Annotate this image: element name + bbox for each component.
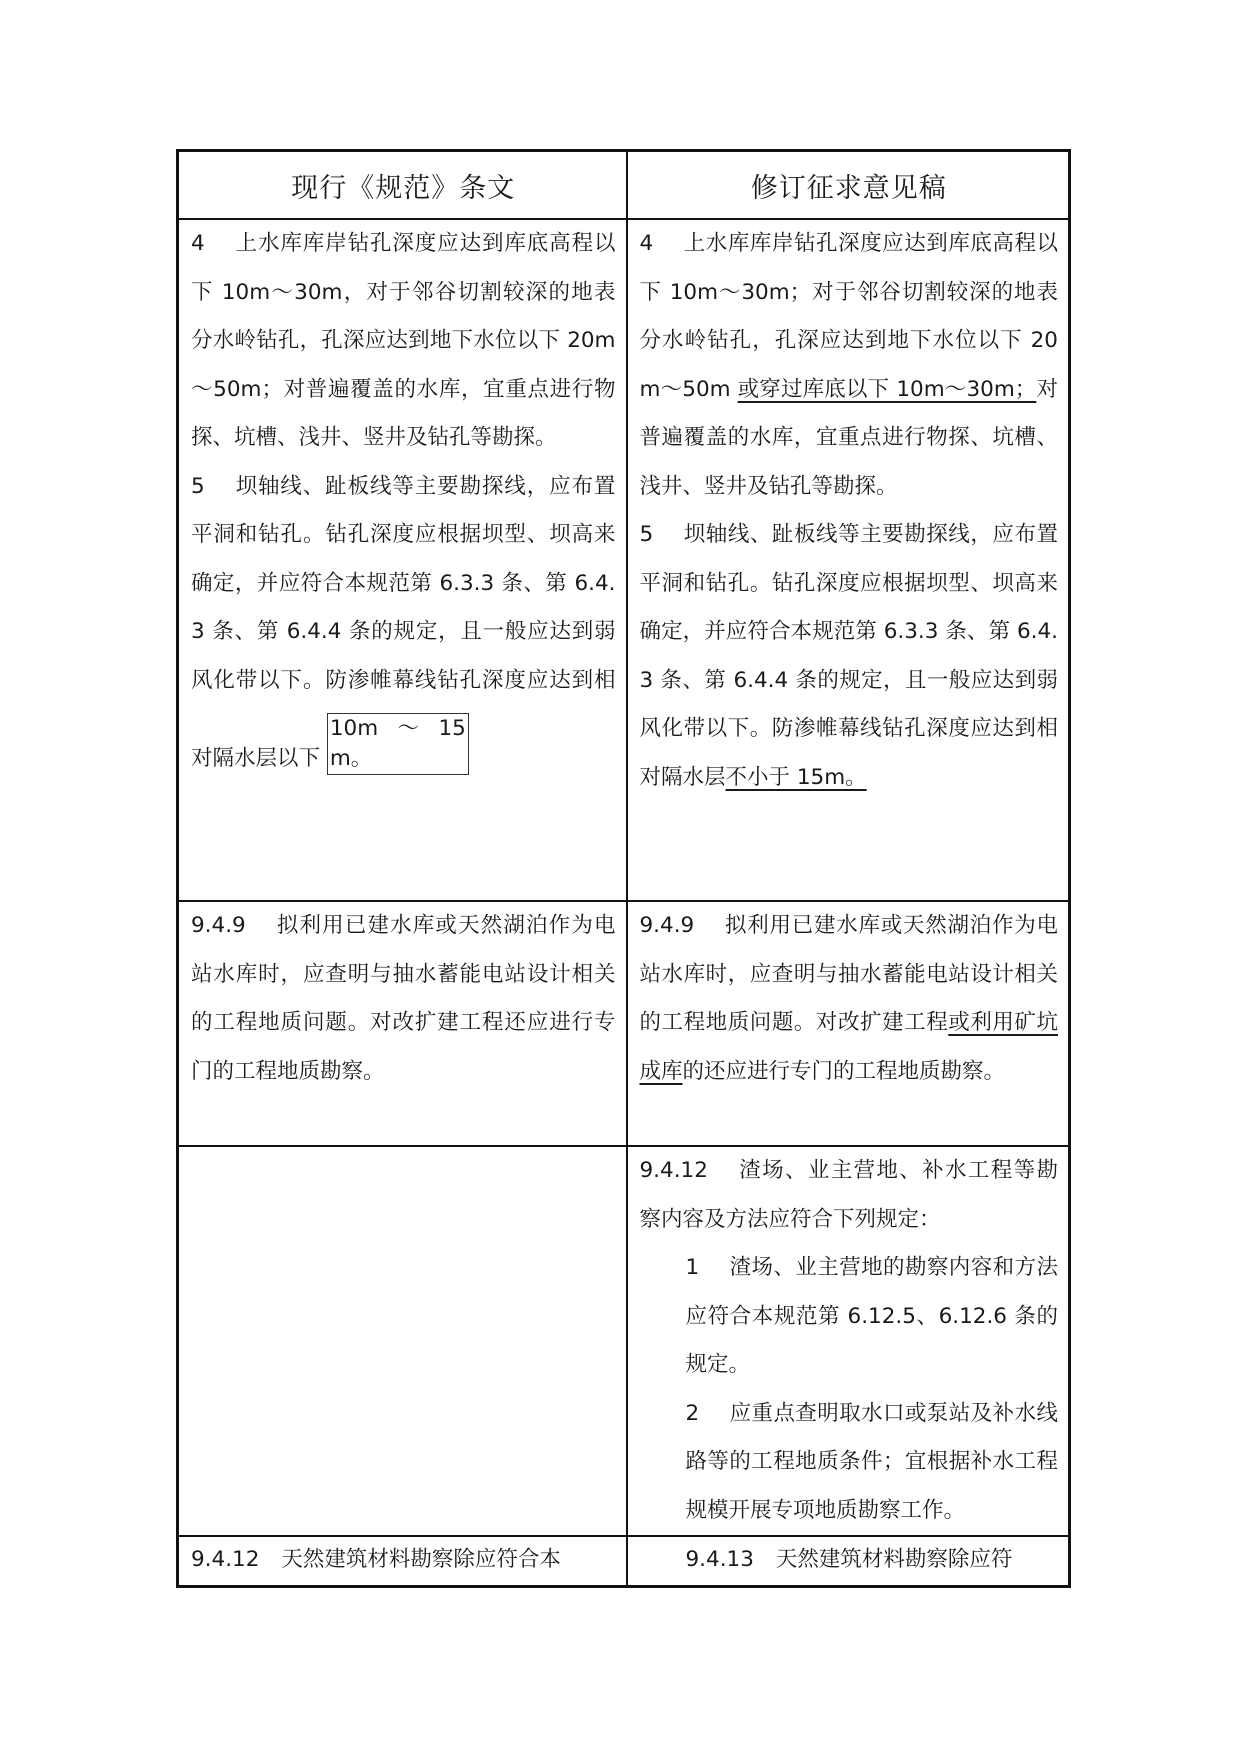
- current-cell-empty: [178, 1146, 627, 1536]
- document-page: 现行《规范》条文 修订征求意见稿 4上水库库岸钻孔深度应达到库底高程以下 10m…: [0, 0, 1240, 1753]
- clause-text: 天然建筑材料勘察除应符合本: [281, 1547, 561, 1572]
- item-number: 5: [191, 463, 205, 512]
- current-cell: 4上水库库岸钻孔深度应达到库底高程以下 10m～30m，对于邻谷切割较深的地表分…: [178, 219, 627, 901]
- clause-item: 1渣场、业主营地的勘察内容和方法应符合本规范第 6.12.5、6.12.6 条的…: [640, 1244, 1059, 1390]
- clause-number: 9.4.12: [191, 1537, 259, 1583]
- clause-number: 9.4.9: [191, 902, 246, 951]
- underlined-revision: 不小于 15m。: [726, 765, 867, 790]
- item-number: 1: [686, 1244, 700, 1293]
- header-revised-draft: 修订征求意见稿: [627, 151, 1070, 220]
- table-row: 9.4.9拟利用已建水库或天然湖泊作为电站水库时，应查明与抽水蓄能电站设计相关的…: [178, 901, 1070, 1146]
- item-number: 5: [640, 511, 654, 560]
- clause: 9.4.9拟利用已建水库或天然湖泊作为电站水库时，应查明与抽水蓄能电站设计相关的…: [191, 902, 616, 1096]
- clause-number: 9.4.9: [640, 902, 695, 951]
- current-cell: 9.4.12天然建筑材料勘察除应符合本: [178, 1536, 627, 1587]
- table-row: 4上水库库岸钻孔深度应达到库底高程以下 10m～30m，对于邻谷切割较深的地表分…: [178, 219, 1070, 901]
- current-cell: 9.4.9拟利用已建水库或天然湖泊作为电站水库时，应查明与抽水蓄能电站设计相关的…: [178, 901, 627, 1146]
- clause-text: 拟利用已建水库或天然湖泊作为电站水库时，应查明与抽水蓄能电站设计相关的工程地质问…: [191, 913, 616, 1084]
- item-number: 4: [640, 220, 654, 269]
- item-number: 4: [191, 220, 205, 269]
- boxed-deleted-text: 10m～15m。: [327, 713, 469, 775]
- item-number: 2: [686, 1390, 700, 1439]
- item-text: 应重点查明取水口或泵站及补水线路等的工程地质条件；宜根据补水工程规模开展专项地质…: [686, 1401, 1059, 1523]
- revised-cell: 9.4.13天然建筑材料勘察除应符: [627, 1536, 1070, 1587]
- clause: 9.4.9拟利用已建水库或天然湖泊作为电站水库时，应查明与抽水蓄能电站设计相关的…: [640, 902, 1059, 1096]
- table-row: 9.4.12天然建筑材料勘察除应符合本 9.4.13天然建筑材料勘察除应符: [178, 1536, 1070, 1587]
- clause-item: 2应重点查明取水口或泵站及补水线路等的工程地质条件；宜根据补水工程规模开展专项地…: [640, 1390, 1059, 1536]
- table-row: 9.4.12渣场、业主营地、补水工程等勘察内容及方法应符合下列规定： 1渣场、业…: [178, 1146, 1070, 1536]
- clause-number: 9.4.12: [640, 1147, 708, 1196]
- revised-cell: 4上水库库岸钻孔深度应达到库底高程以下 10m～30m；对于邻谷切割较深的地表分…: [627, 219, 1070, 901]
- clause: 9.4.12渣场、业主营地、补水工程等勘察内容及方法应符合下列规定：: [640, 1147, 1059, 1244]
- clause-item: 5坝轴线、趾板线等主要勘探线，应布置平洞和钻孔。钻孔深度应根据坝型、坝高来确定，…: [191, 463, 616, 784]
- clause-text: 天然建筑材料勘察除应符: [776, 1547, 1013, 1572]
- revised-cell: 9.4.9拟利用已建水库或天然湖泊作为电站水库时，应查明与抽水蓄能电站设计相关的…: [627, 901, 1070, 1146]
- clause-item: 4上水库库岸钻孔深度应达到库底高程以下 10m～30m；对于邻谷切割较深的地表分…: [640, 220, 1059, 511]
- clause-item: 4上水库库岸钻孔深度应达到库底高程以下 10m～30m，对于邻谷切割较深的地表分…: [191, 220, 616, 463]
- item-text: 上水库库岸钻孔深度应达到库底高程以下 10m～30m，对于邻谷切割较深的地表分水…: [191, 231, 616, 450]
- clause-text-after: 的还应进行专门的工程地质勘察。: [683, 1059, 1006, 1084]
- comparison-table: 现行《规范》条文 修订征求意见稿 4上水库库岸钻孔深度应达到库底高程以下 10m…: [176, 149, 1071, 1588]
- item-text: 渣场、业主营地的勘察内容和方法应符合本规范第 6.12.5、6.12.6 条的规…: [686, 1255, 1059, 1377]
- underlined-revision: 或穿过库底以下 10m～30m；: [738, 377, 1037, 402]
- item-text: 坝轴线、趾板线等主要勘探线，应布置平洞和钻孔。钻孔深度应根据坝型、坝高来确定，并…: [640, 522, 1059, 790]
- clause-number: 9.4.13: [686, 1537, 754, 1583]
- revised-cell: 9.4.12渣场、业主营地、补水工程等勘察内容及方法应符合下列规定： 1渣场、业…: [627, 1146, 1070, 1536]
- table-header-row: 现行《规范》条文 修订征求意见稿: [178, 151, 1070, 220]
- clause-item: 5坝轴线、趾板线等主要勘探线，应布置平洞和钻孔。钻孔深度应根据坝型、坝高来确定，…: [640, 511, 1059, 802]
- header-current-clause: 现行《规范》条文: [178, 151, 627, 220]
